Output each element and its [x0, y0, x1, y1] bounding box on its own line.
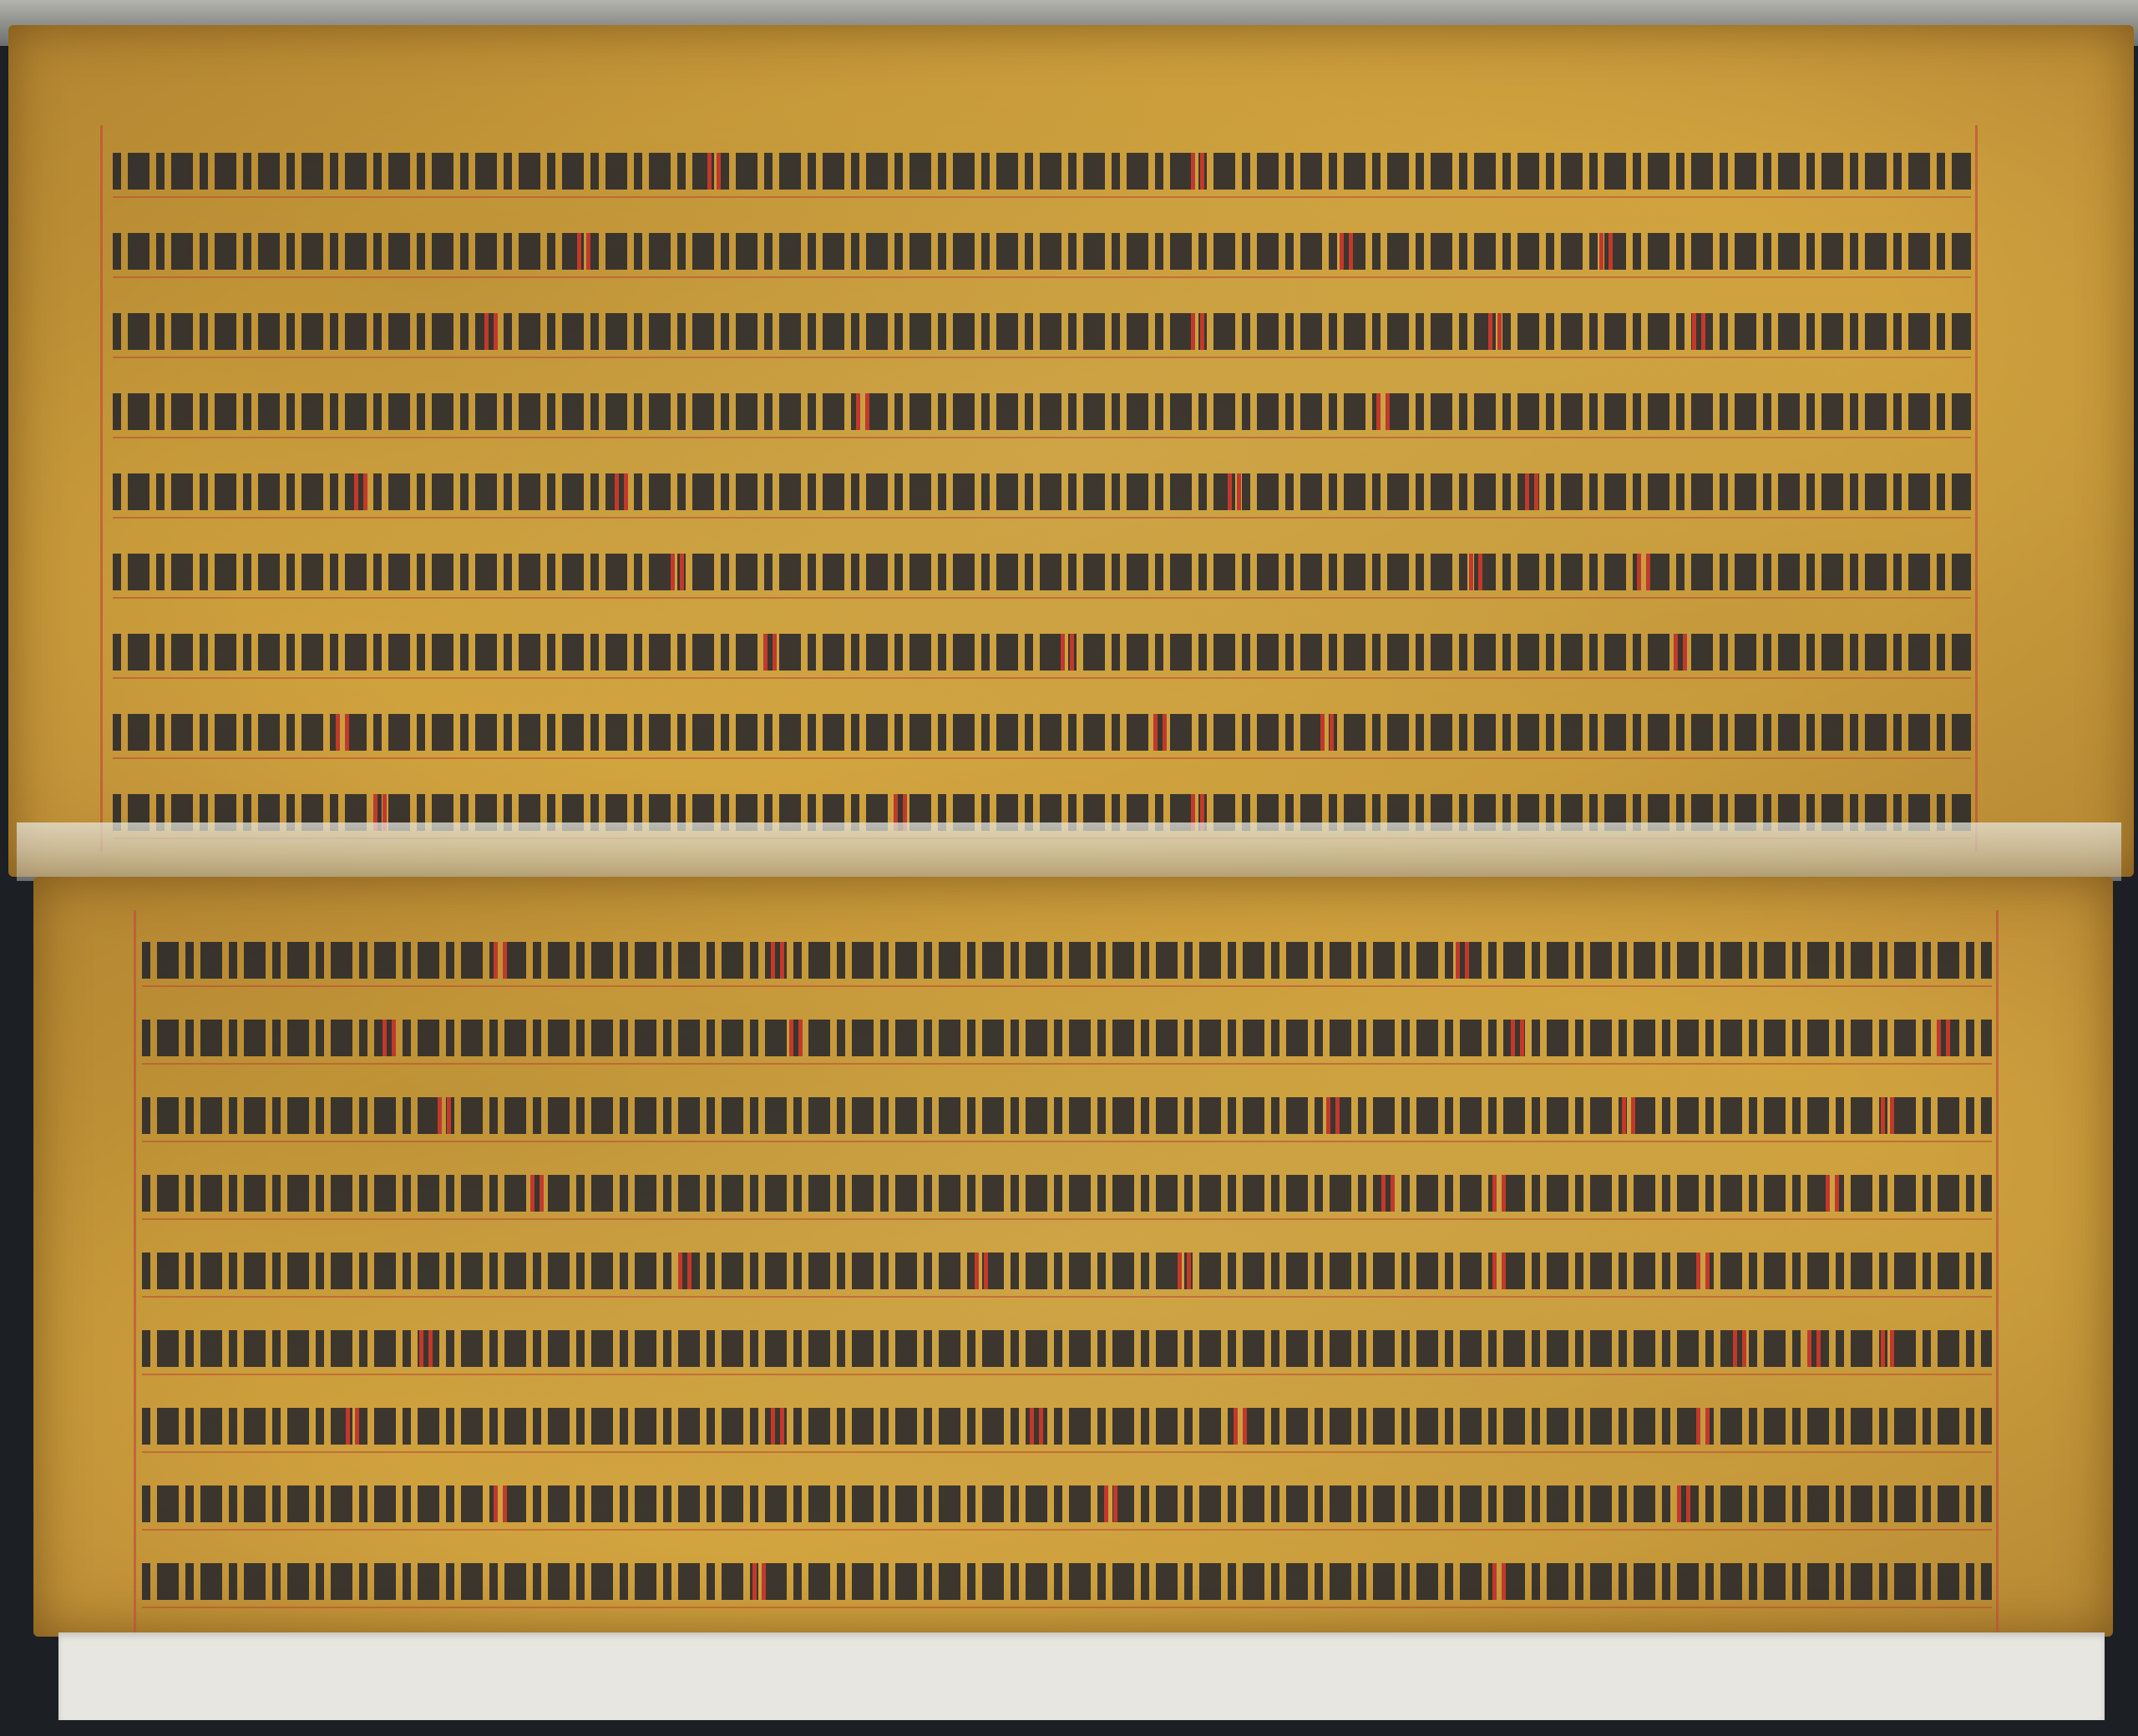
red-double-danda — [771, 1408, 786, 1445]
red-double-danda — [577, 233, 592, 270]
red-double-danda — [1381, 1175, 1396, 1212]
manuscript-line — [113, 146, 1971, 198]
script-glyphs — [142, 1020, 1992, 1056]
script-glyphs — [113, 714, 1971, 751]
manuscript-line — [113, 547, 1971, 599]
plastic-cover-middle — [17, 822, 2121, 881]
manuscript-line — [113, 226, 1971, 278]
red-double-danda — [1376, 393, 1391, 430]
manuscript-line — [142, 1091, 1992, 1142]
red-double-danda — [1492, 1253, 1507, 1289]
script-glyphs — [142, 1408, 1992, 1445]
red-double-danda — [1677, 1485, 1692, 1522]
mounting-paper-strip — [58, 1632, 2105, 1720]
script-glyphs — [142, 1563, 1992, 1600]
red-double-danda — [1340, 233, 1355, 270]
red-double-danda — [1191, 153, 1206, 190]
red-double-danda — [1492, 1563, 1507, 1600]
red-double-danda — [1599, 233, 1614, 270]
red-double-danda — [678, 1253, 693, 1289]
red-double-danda — [1030, 1408, 1045, 1445]
margin-rule-right — [1975, 125, 1978, 852]
manuscript-line — [142, 1401, 1992, 1453]
manuscript-line — [113, 306, 1971, 358]
manuscript-leaf-top — [8, 25, 2134, 877]
red-double-danda — [1488, 313, 1503, 350]
manuscript-line — [142, 935, 1992, 987]
red-double-danda — [530, 1175, 545, 1212]
red-double-danda — [752, 1563, 768, 1600]
red-double-danda — [419, 1330, 434, 1367]
red-double-danda — [354, 473, 369, 510]
script-glyphs — [113, 634, 1971, 671]
red-double-danda — [671, 554, 686, 590]
script-glyphs — [113, 393, 1971, 430]
script-glyphs — [142, 942, 1992, 979]
red-double-danda — [1228, 473, 1243, 510]
red-double-danda — [975, 1253, 990, 1289]
red-double-danda — [336, 714, 351, 751]
script-glyphs — [113, 554, 1971, 590]
red-double-danda — [1492, 1175, 1507, 1212]
red-double-danda — [1807, 1330, 1822, 1367]
manuscript-line — [142, 1168, 1992, 1220]
script-glyphs — [142, 1175, 1992, 1212]
script-glyphs — [142, 1485, 1992, 1522]
red-double-danda — [1622, 1097, 1637, 1134]
manuscript-line — [113, 627, 1971, 679]
red-double-danda — [346, 1408, 361, 1445]
manuscript-line — [142, 1013, 1992, 1065]
red-double-danda — [494, 942, 509, 979]
red-double-danda — [1191, 313, 1206, 350]
red-double-danda — [1733, 1330, 1748, 1367]
red-double-danda — [789, 1020, 804, 1056]
red-double-danda — [1061, 634, 1076, 671]
script-glyphs — [113, 233, 1971, 270]
red-double-danda — [494, 1485, 509, 1522]
red-double-danda — [856, 393, 871, 430]
red-double-danda — [1937, 1020, 1952, 1056]
red-double-danda — [1881, 1330, 1896, 1367]
red-double-danda — [1469, 554, 1484, 590]
red-double-danda — [1696, 1408, 1711, 1445]
margin-rule-left — [100, 125, 103, 852]
red-double-danda — [1104, 1485, 1119, 1522]
manuscript-line — [113, 467, 1971, 519]
red-double-danda — [484, 313, 499, 350]
script-glyphs — [142, 1253, 1992, 1289]
text-block — [113, 146, 1971, 864]
red-double-danda — [707, 153, 722, 190]
red-double-danda — [1881, 1097, 1896, 1134]
red-double-danda — [1326, 1097, 1341, 1134]
red-double-danda — [1178, 1253, 1193, 1289]
manuscript-line — [113, 707, 1971, 759]
red-double-danda — [1153, 714, 1168, 751]
manuscript-line — [142, 1246, 1992, 1298]
red-double-danda — [1456, 942, 1471, 979]
margin-rule-right — [1996, 910, 1999, 1637]
script-glyphs — [113, 473, 1971, 510]
red-double-danda — [438, 1097, 453, 1134]
red-double-danda — [1320, 714, 1335, 751]
script-glyphs — [113, 153, 1971, 190]
red-double-danda — [383, 1020, 398, 1056]
red-double-danda — [1692, 313, 1707, 350]
manuscript-line — [142, 1479, 1992, 1531]
text-block — [142, 935, 1992, 1637]
margin-rule-left — [134, 910, 136, 1637]
red-double-danda — [1674, 634, 1689, 671]
red-double-danda — [1696, 1253, 1711, 1289]
red-double-danda — [763, 634, 778, 671]
manuscript-line — [142, 1556, 1992, 1608]
red-double-danda — [771, 942, 786, 979]
red-double-danda — [1826, 1175, 1841, 1212]
red-double-danda — [1525, 473, 1540, 510]
red-double-danda — [615, 473, 630, 510]
red-double-danda — [1234, 1408, 1249, 1445]
script-glyphs — [142, 1097, 1992, 1134]
manuscript-line — [113, 387, 1971, 438]
red-double-danda — [1637, 554, 1652, 590]
manuscript-leaf-bottom — [33, 877, 2113, 1637]
manuscript-line — [142, 1324, 1992, 1375]
red-double-danda — [1511, 1020, 1526, 1056]
